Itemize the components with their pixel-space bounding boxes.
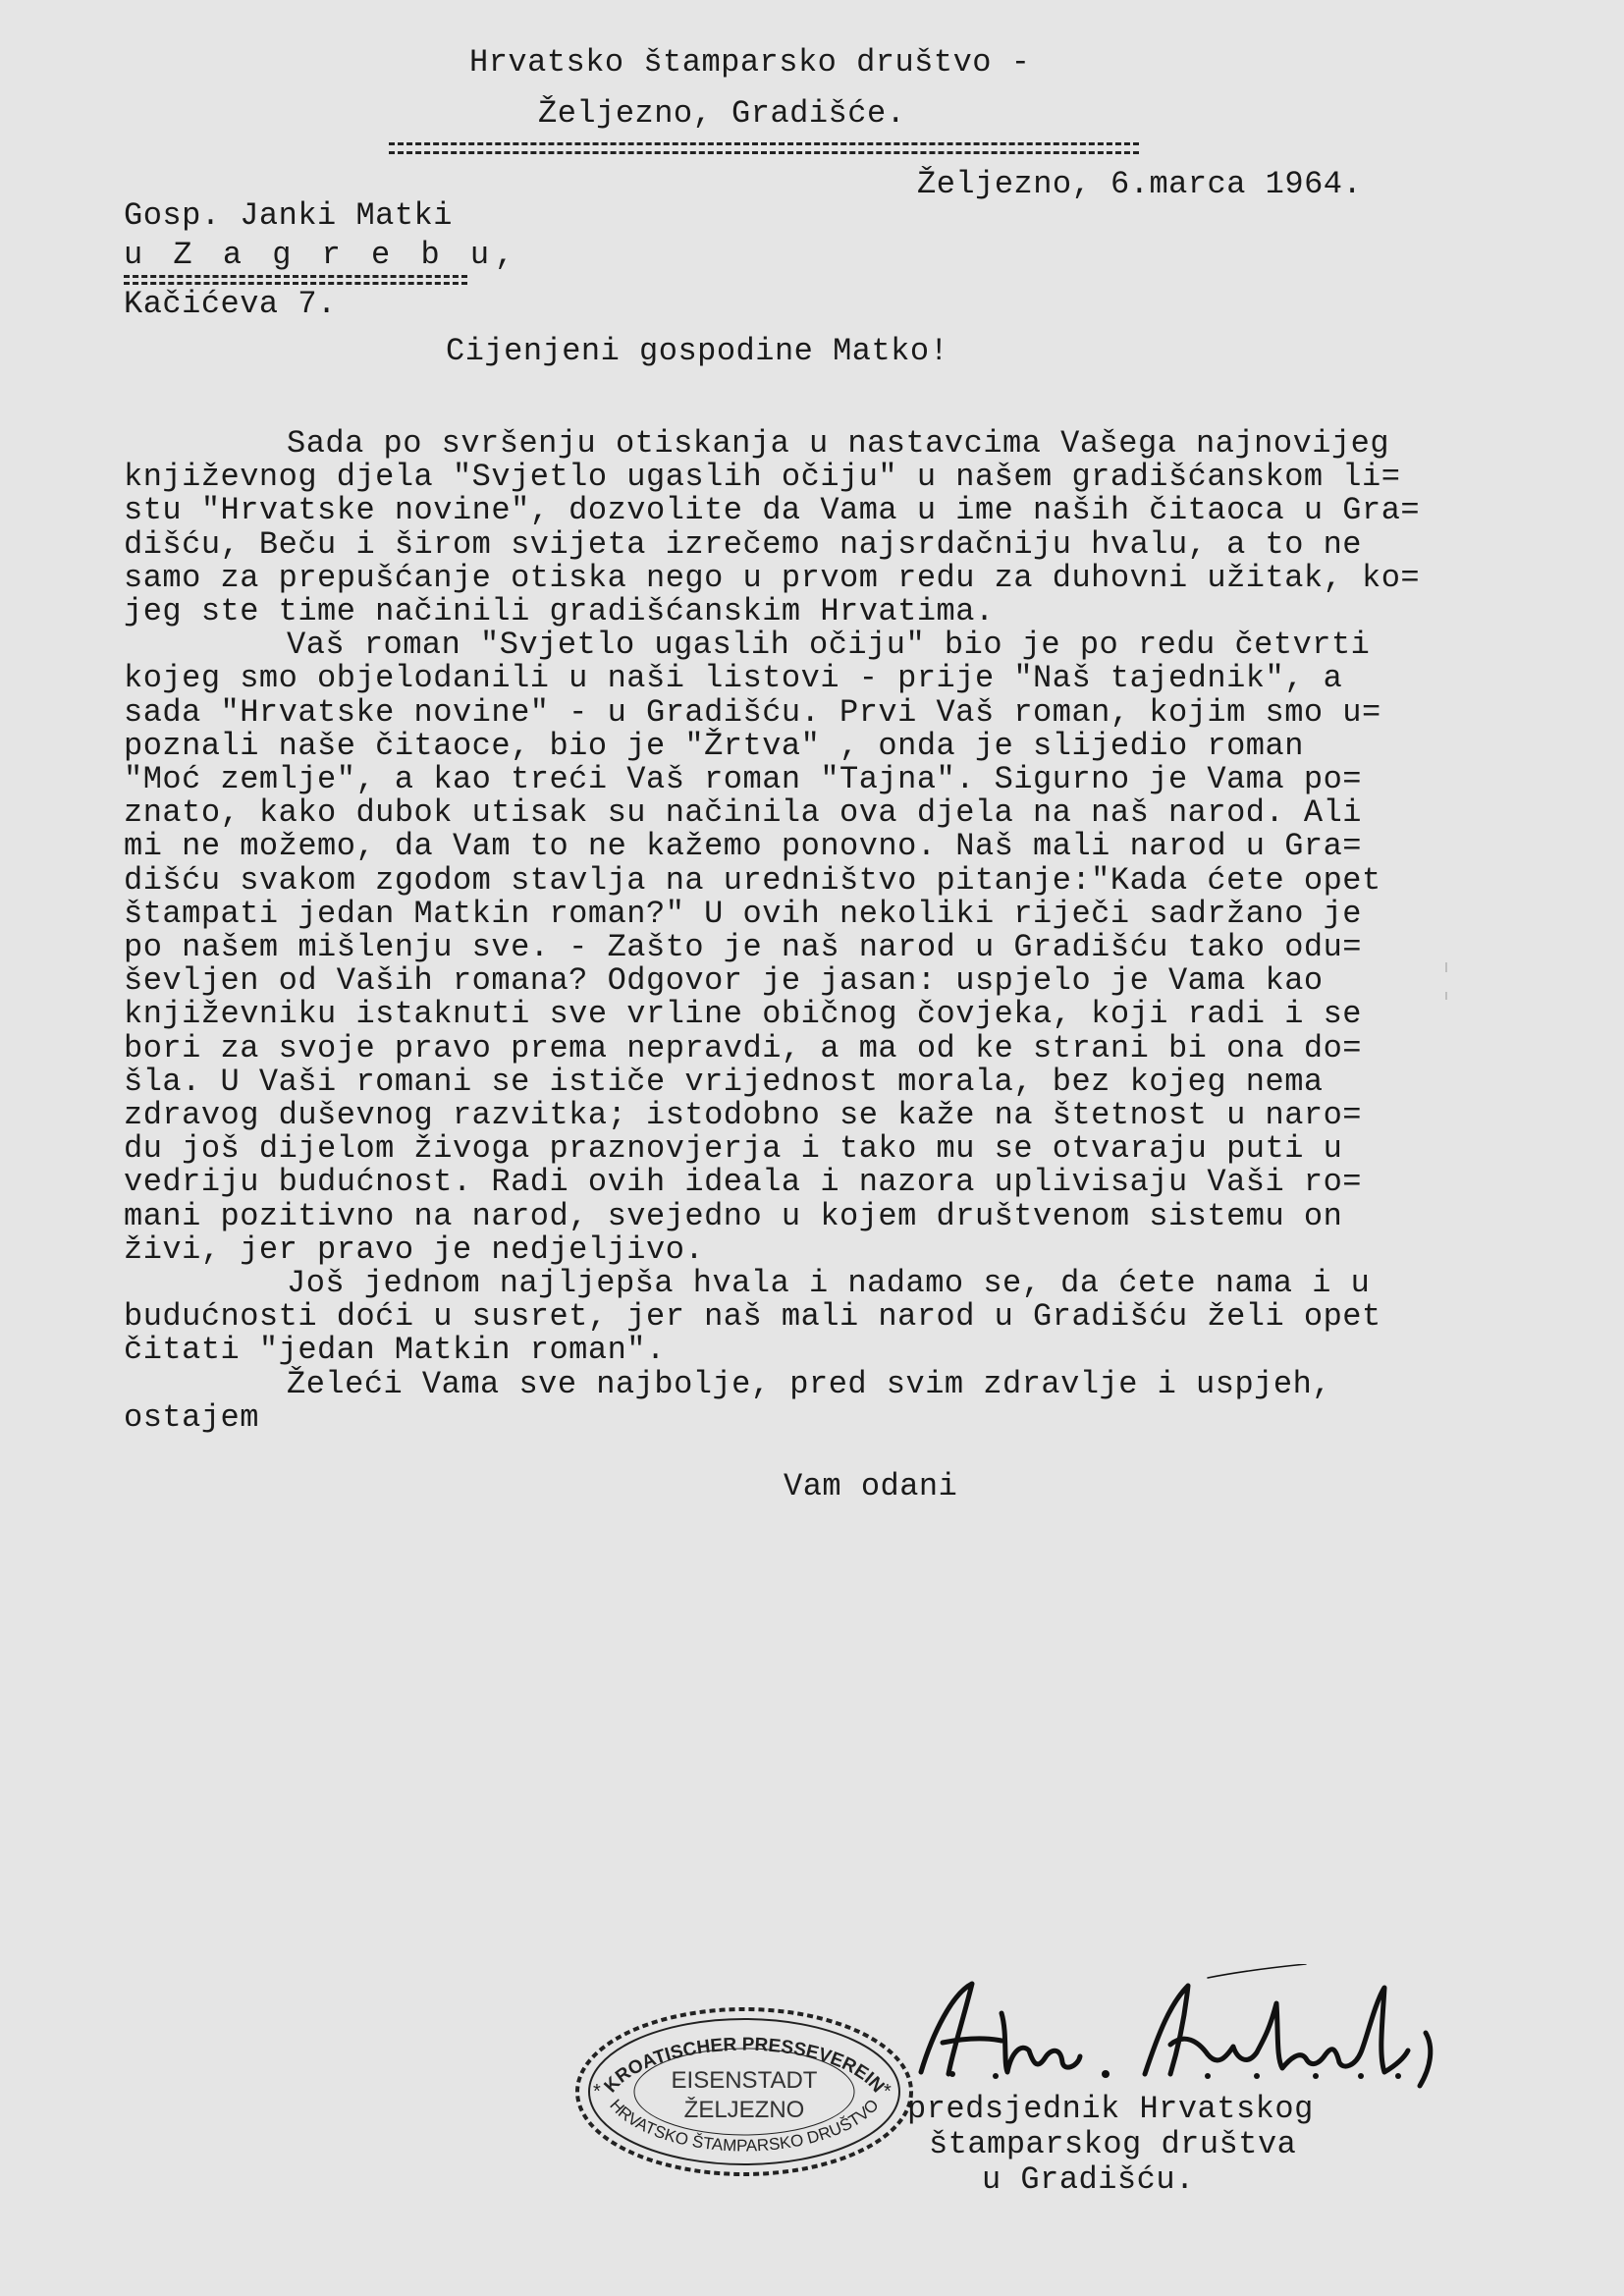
body-line: ostajem bbox=[124, 1402, 259, 1434]
recipient-city: u Z a g r e b u, bbox=[124, 240, 519, 271]
body-line: Želeći Vama sve najbolje, pred svim zdra… bbox=[287, 1369, 1331, 1400]
body-line: mi ne možemo, da Vam to ne kažemo ponovn… bbox=[124, 831, 1362, 862]
body-line: poznali naše čitaoce, bio je "Žrtva" , o… bbox=[124, 731, 1304, 762]
body-line: stu "Hrvatske novine", dozvolite da Vama… bbox=[124, 495, 1420, 526]
letterhead-location: Željezno, Gradišće. bbox=[538, 98, 905, 130]
body-line: budućnosti doći u susret, jer naš mali n… bbox=[124, 1301, 1381, 1333]
handwritten-signature bbox=[913, 1964, 1443, 2092]
recipient-name: Gosp. Janki Matki bbox=[124, 200, 453, 232]
body-line: književniku istaknuti sve vrline običnog… bbox=[124, 999, 1362, 1030]
body-line: štampati jedan Matkin roman?" U ovih nek… bbox=[124, 899, 1362, 930]
body-line: živi, jer pravo je nedjeljivo. bbox=[124, 1234, 704, 1266]
body-line: Još jednom najljepša hvala i nadamo se, … bbox=[287, 1268, 1370, 1299]
recipient-street: Kačićeva 7. bbox=[124, 289, 337, 320]
organization-stamp: KROATISCHER PRESSEVEREIN HRVATSKO ŠTAMPA… bbox=[571, 2003, 917, 2180]
signatory-title-line: štamparskog društva bbox=[929, 2129, 1296, 2160]
letterhead-organization: Hrvatsko štamparsko društvo - bbox=[469, 47, 1030, 79]
body-line: samo za prepušćanje otiska nego u prvom … bbox=[124, 563, 1420, 594]
body-line: čitati "jedan Matkin roman". bbox=[124, 1335, 666, 1366]
body-line: znato, kako dubok utisak su načinila ova… bbox=[124, 797, 1362, 829]
body-line: kojeg smo objelodanili u naši listovi - … bbox=[124, 663, 1342, 694]
body-line: Vaš roman "Svjetlo ugaslih očiju" bio je… bbox=[287, 629, 1370, 661]
body-line: mani pozitivno na narod, svejedno u koje… bbox=[124, 1201, 1342, 1232]
body-line: bori za svoje pravo prema nepravdi, a ma… bbox=[124, 1033, 1362, 1065]
stamp-ornament-left: * bbox=[593, 2081, 601, 2103]
body-line: "Moć zemlje", a kao treći Vaš roman "Taj… bbox=[124, 764, 1362, 795]
body-line: književnog djela "Svjetlo ugaslih očiju"… bbox=[124, 462, 1400, 493]
stamp-center-line1: EISENSTADT bbox=[672, 2067, 818, 2094]
letter-date: Željezno, 6.marca 1964. bbox=[917, 169, 1362, 200]
signatory-title-line: u Gradišću. bbox=[982, 2164, 1195, 2196]
body-line: dišću svakom zgodom stavlja na uredništv… bbox=[124, 865, 1381, 897]
closing-phrase: Vam odani bbox=[784, 1471, 957, 1503]
signatory-title-line: predsjednik Hrvatskog bbox=[907, 2094, 1314, 2125]
body-line: dišću, Beču i širom svijeta izrečemo naj… bbox=[124, 529, 1362, 561]
body-line: Sada po svršenju otiskanja u nastavcima … bbox=[287, 428, 1389, 460]
body-line: jeg ste time načinili gradišćanskim Hrva… bbox=[124, 596, 995, 628]
margin-mark bbox=[1443, 962, 1449, 1021]
body-line: sada "Hrvatske novine" - u Gradišću. Prv… bbox=[124, 697, 1381, 729]
body-line: ševljen od Vaših romana? Odgovor je jasa… bbox=[124, 965, 1324, 997]
letterhead-divider bbox=[389, 142, 1139, 154]
body-line: zdravog duševnog razvitka; istodobno se … bbox=[124, 1100, 1362, 1131]
stamp-ornament-right: * bbox=[884, 2081, 892, 2103]
salutation: Cijenjeni gospodine Matko! bbox=[446, 336, 948, 367]
body-line: du još dijelom živoga praznovjerja i tak… bbox=[124, 1133, 1342, 1165]
body-line: po našem mišlenju sve. - Zašto je naš na… bbox=[124, 932, 1362, 963]
stamp-center-line2: ŽELJEZNO bbox=[684, 2097, 805, 2123]
body-line: vedriju budućnost. Radi ovih ideala i na… bbox=[124, 1167, 1362, 1198]
body-line: šla. U Vaši romani se ističe vrijednost … bbox=[124, 1066, 1324, 1098]
recipient-city-underline bbox=[124, 275, 467, 285]
